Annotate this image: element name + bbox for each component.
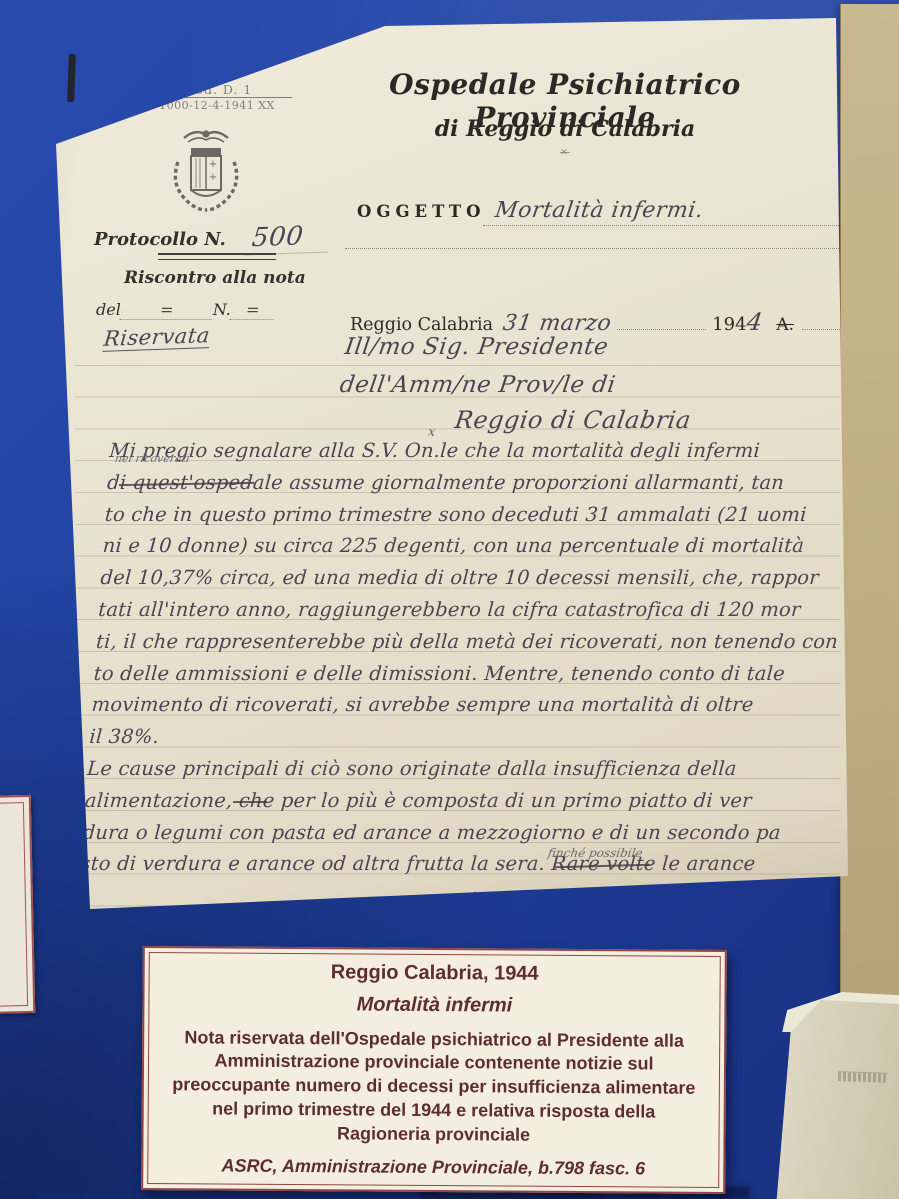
body-line: sto di verdura e arance od altra frutta … [79,848,831,880]
date-dotted-line [617,315,706,330]
pencil-correction-2: finché possibile [547,846,644,860]
letterhead-subtitle: di Reggio di Calabria [305,116,825,142]
n-label: N. [213,300,231,319]
del-dash-handwritten: = [119,300,214,320]
pencil-correction-1: nei ricoverati [114,452,191,465]
addressee-line3: Reggio di Calabria [453,406,693,434]
letter-body-handwritten: Mi pregio segnalare alla S.V. On.le che … [79,435,860,880]
body-line: il 38%. [88,721,840,753]
form-model-line2: 1000-12-4-1941 XX [142,97,292,112]
year-printed: 194 [712,314,746,335]
oggetto-value-handwritten: Mortalità infermi. [484,198,847,226]
manila-folder-edge [840,4,899,1030]
letter-document: Mod. D. 1 1000-12-4-1941 XX + + [50,16,850,916]
svg-text:+: + [209,159,217,170]
body-line: tati all'intero anno, raggiungerebbero l… [97,594,849,626]
museum-caption-card: Reggio Calabria, 1944 Mortalità infermi … [141,946,727,1194]
form-model-stamp: Mod. D. 1 1000-12-4-1941 XX [142,82,292,112]
hospital-crest-emblem: + + [156,122,256,222]
addressee-line2: dell'Amm/ne Prov/le di [338,372,617,398]
year-handwritten: 4 [745,308,765,336]
faint-stamp-mark [838,1071,888,1083]
double-rule [158,253,276,260]
protocol-label: Protocollo N. [94,229,226,250]
riscontro-del-row: del = N. = [96,300,346,320]
protocol-row: Protocollo N. 500 [94,222,329,254]
body-line: to che in questo primo trimestre sono de… [104,499,856,531]
body-line: Mi pregio segnalare alla S.V. On.le che … [108,435,860,467]
date-row: Reggio Calabria 31 marzo 194 4 A. [350,308,848,336]
body-line: Le cause principali di ciò sono originat… [86,753,838,785]
oggetto-row: OGGETTO Mortalità infermi. [357,198,845,226]
cutoff-caption-card-left [0,795,35,1015]
date-place-printed: Reggio Calabria [350,315,493,335]
body-line: ni e 10 donne) su circa 225 degenti, con… [102,530,854,562]
staple-mark [67,54,76,102]
cancelled-stamp-mark: ✕ [505,148,625,158]
date-handwritten: 31 marzo [501,311,613,336]
caption-subtitle: Mortalità infermi [357,993,513,1017]
caption-archive-source: ASRC, Amministrazione Provinciale, b.798… [221,1156,645,1180]
end-of-page-mark: —·— [437,882,481,908]
strikethrough-mark [233,801,267,803]
riscontro-label: Riscontro alla nota [124,268,306,288]
body-line: to delle ammissioni e delle dimissioni. … [93,658,845,690]
addressee-line1: Ill/mo Sig. Presidente [343,334,610,360]
oggetto-label: OGGETTO [357,202,485,221]
body-line: dura o legumi con pasta ed arance a mezz… [82,817,834,849]
caption-title: Reggio Calabria, 1944 [331,961,539,985]
n-dash-handwritten: = [229,300,276,320]
paper-corner-bottom-right [760,1000,899,1199]
caption-card-inner: Reggio Calabria, 1944 Mortalità infermi … [147,952,721,1188]
era-marker-struck: A. [776,315,794,335]
exhibit-board: Mod. D. 1 1000-12-4-1941 XX + + [0,0,899,1199]
protocol-number-handwritten: 500 [244,221,331,256]
body-line: del 10,37% circa, ed una media di oltre … [99,562,851,594]
body-line: movimento di ricoverati, si avrebbe semp… [91,689,843,721]
del-label: del [96,300,121,319]
body-line: ti, il che rappresenterebbe più della me… [95,626,847,658]
oggetto-second-line [345,248,845,249]
svg-text:+: + [209,172,217,183]
form-model-line1: Mod. D. 1 [142,82,292,97]
riservata-handwritten: Riservata [102,323,211,352]
body-line: alimentazione, che per lo più è composta… [84,785,836,817]
caption-description: Nota riservata dell'Ospedale psichiatric… [164,1026,703,1149]
cutoff-card-inner-border [0,802,28,1008]
